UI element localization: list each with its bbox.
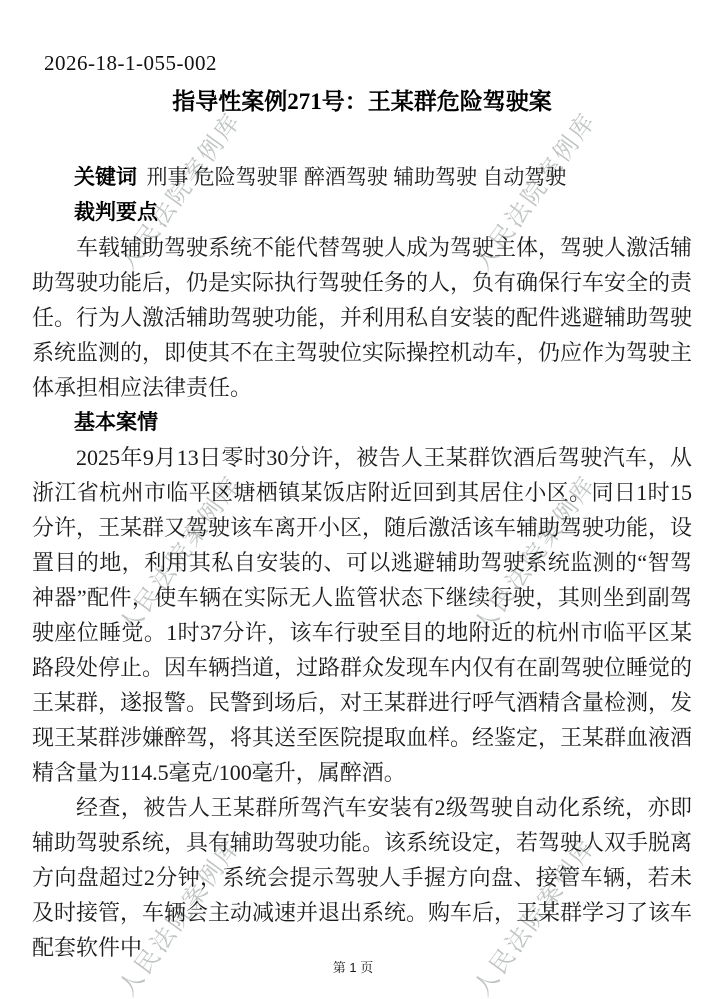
section-judgment-points: 裁判要点 车载辅助驾驶系统不能代替驾驶人成为驾驶主体，驾驶人激活辅助驾驶功能后，… (32, 195, 692, 405)
keywords-label: 关键词 (74, 166, 137, 189)
document-content: 2026-18-1-055-002 指导性案例271号：王某群危险驾驶案 关键词… (0, 0, 706, 965)
document-page: 人民法院案例库 人民法院案例库 人民法院案例库 人民法院案例库 人民法院案例库 … (0, 0, 706, 999)
document-title: 指导性案例271号：王某群危险驾驶案 (32, 86, 692, 118)
section-heading-judgment-points: 裁判要点 (32, 195, 692, 230)
basic-facts-paragraph-1: 2025年9月13日零时30分许，被告人王某群饮酒后驾驶汽车，从浙江省杭州市临平… (32, 440, 692, 790)
section-basic-facts: 基本案情 2025年9月13日零时30分许，被告人王某群饮酒后驾驶汽车，从浙江省… (32, 405, 692, 965)
section-heading-basic-facts: 基本案情 (32, 405, 692, 440)
document-number: 2026-18-1-055-002 (44, 0, 692, 76)
keywords-line: 关键词刑事 危险驾驶罪 醉酒驾驶 辅助驾驶 自动驾驶 (32, 160, 692, 195)
page-footer: 第 1 页 (0, 957, 706, 977)
judgment-points-paragraph: 车载辅助驾驶系统不能代替驾驶人成为驾驶主体，驾驶人激活辅助驾驶功能后，仍是实际执… (32, 230, 692, 405)
keywords-list: 刑事 危险驾驶罪 醉酒驾驶 辅助驾驶 自动驾驶 (146, 165, 566, 189)
basic-facts-paragraph-2: 经查，被告人王某群所驾汽车安装有2级驾驶自动化系统，亦即辅助驾驶系统，具有辅助驾… (32, 790, 692, 965)
page-number: 第 1 页 (333, 960, 373, 975)
